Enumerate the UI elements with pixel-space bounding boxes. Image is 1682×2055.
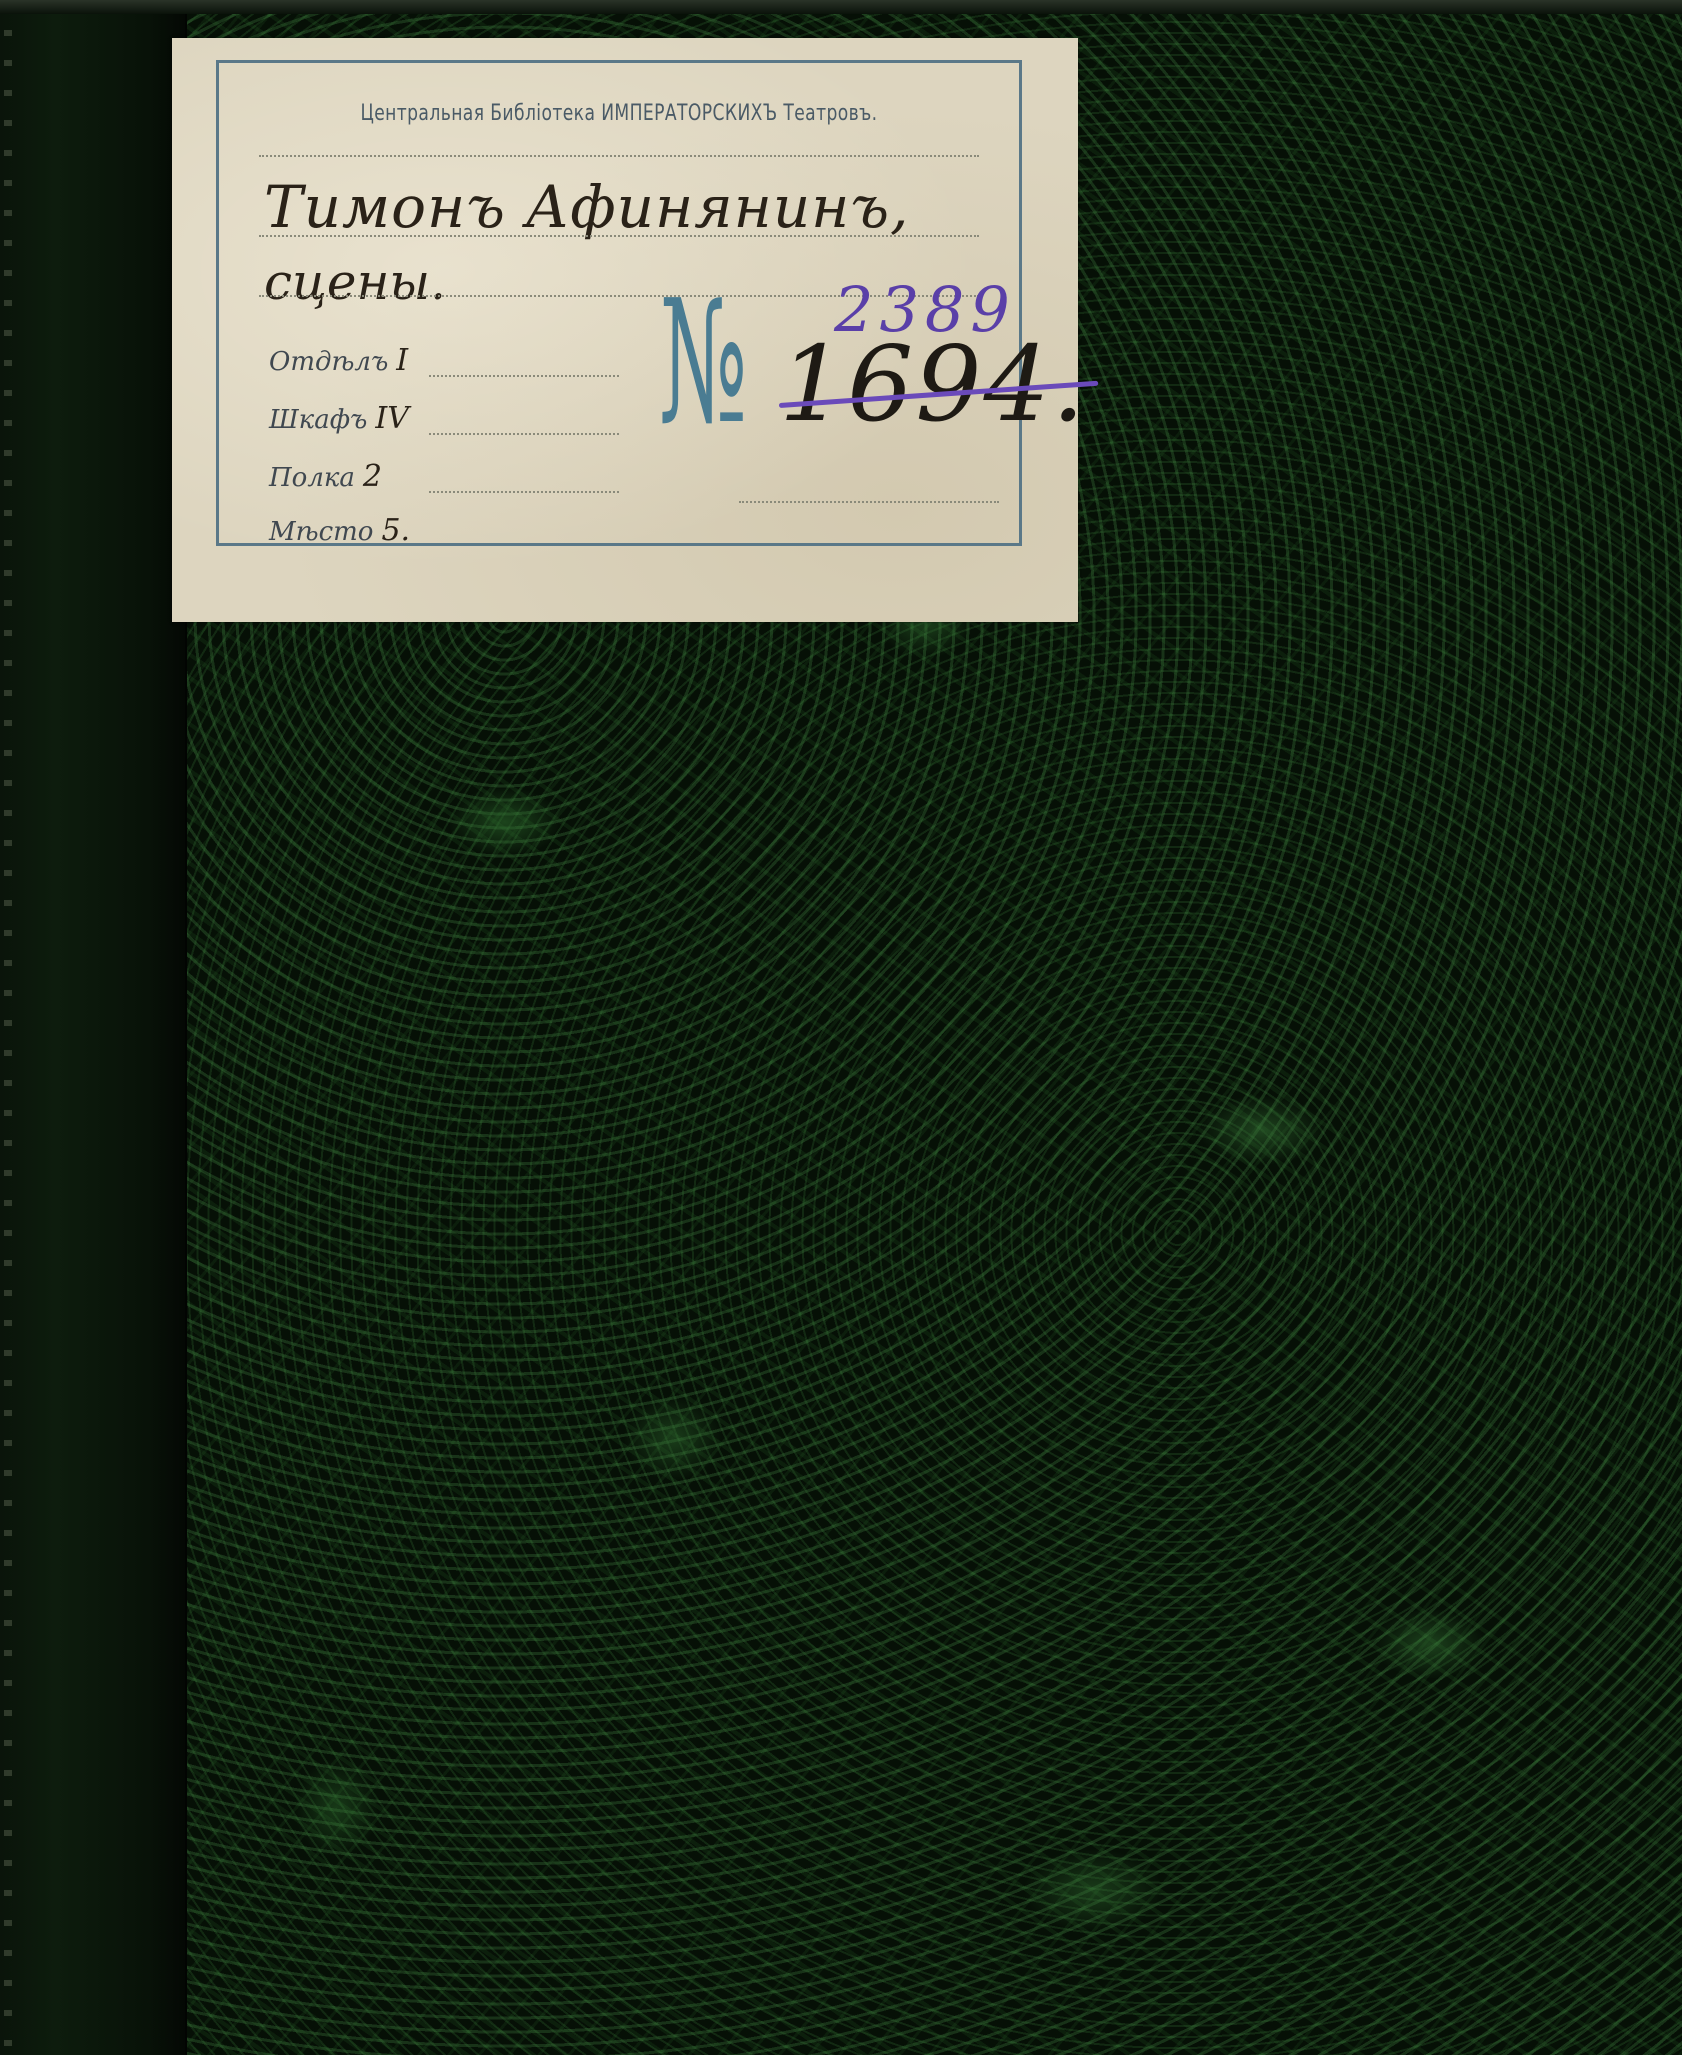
dotted-rule: [429, 375, 619, 377]
field-department: ОтдѣлъI: [269, 343, 408, 378]
number-sign: №: [659, 278, 747, 448]
field-place-label: Мѣсто: [269, 517, 373, 547]
dotted-rule: [429, 491, 619, 493]
field-cabinet: ШкафъIV: [269, 401, 409, 436]
dotted-rule: [259, 155, 979, 157]
spine-edge-wear: [4, 0, 12, 2055]
book-title-line2: сцены.: [264, 253, 446, 311]
cover-top-edge: [0, 0, 1682, 14]
book-title-line1: Тимонъ Афинянинъ,: [264, 173, 909, 241]
dotted-rule: [739, 501, 999, 503]
label-frame: Центральная Библіотека ИМПЕРАТОРСКИХЪ Те…: [216, 60, 1022, 546]
dotted-rule: [429, 433, 619, 435]
field-shelf-value: 2: [363, 459, 382, 494]
field-department-label: Отдѣлъ: [269, 347, 388, 377]
field-cabinet-value: IV: [375, 401, 409, 436]
book-spine: [0, 0, 187, 2055]
field-shelf: Полка2: [269, 459, 382, 494]
field-place-value: 5.: [381, 513, 410, 548]
field-department-value: I: [396, 343, 408, 378]
library-name-header: Центральная Библіотека ИМПЕРАТОРСКИХЪ Те…: [307, 101, 931, 126]
field-place: Мѣсто5.: [269, 513, 410, 548]
field-cabinet-label: Шкафъ: [269, 405, 367, 435]
dotted-rule: [259, 235, 979, 237]
field-shelf-label: Полка: [269, 463, 355, 493]
library-label: Центральная Библіотека ИМПЕРАТОРСКИХЪ Те…: [172, 38, 1078, 622]
